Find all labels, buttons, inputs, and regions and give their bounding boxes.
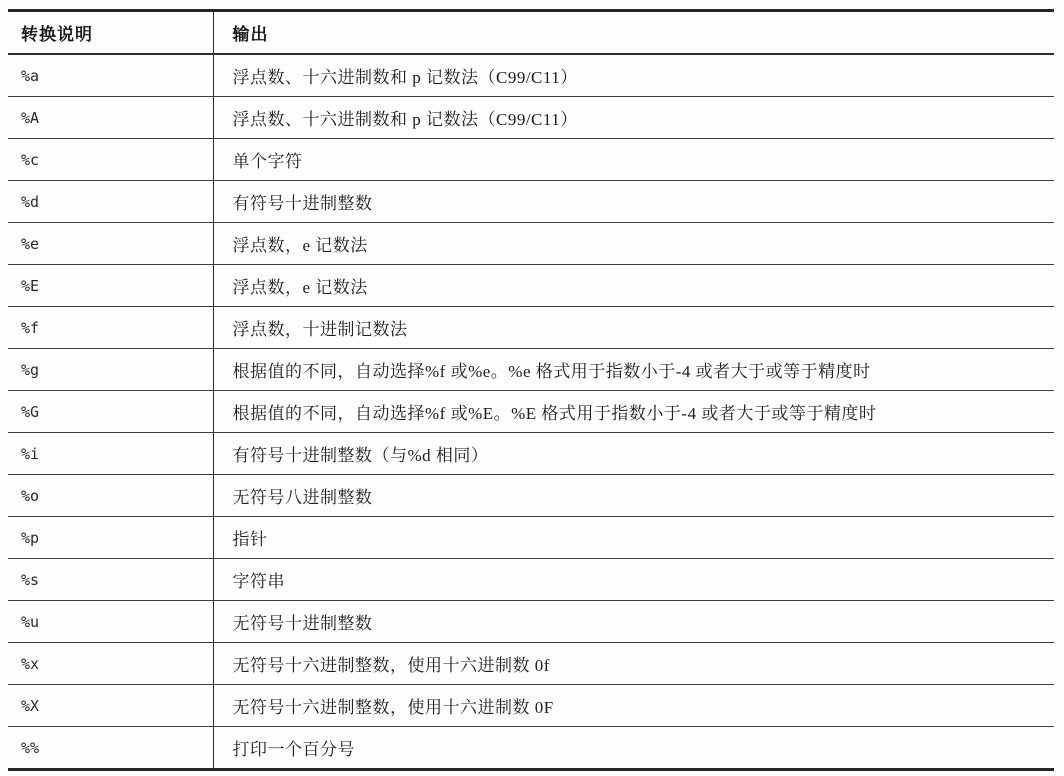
output-description: 根据值的不同，自动选择%f 或%e。%e 格式用于指数小于-4 或者大于或等于精… <box>213 349 1054 391</box>
table-row: %G 根据值的不同，自动选择%f 或%E。%E 格式用于指数小于-4 或者大于或… <box>8 391 1054 433</box>
output-description: 打印一个百分号 <box>213 727 1054 770</box>
output-description: 无符号十进制整数 <box>213 601 1054 643</box>
output-description: 浮点数，e 记数法 <box>213 265 1054 307</box>
table-row: %c 单个字符 <box>8 139 1054 181</box>
table-row: %x 无符号十六进制整数，使用十六进制数 0f <box>8 643 1054 685</box>
output-description: 单个字符 <box>213 139 1054 181</box>
table-row: %X 无符号十六进制整数，使用十六进制数 0F <box>8 685 1054 727</box>
book-page: 转换说明 输出 %a 浮点数、十六进制数和 p 记数法（C99/C11） %A … <box>0 0 1064 776</box>
output-description: 浮点数，十进制记数法 <box>213 307 1054 349</box>
output-description: 浮点数，e 记数法 <box>213 223 1054 265</box>
output-description: 浮点数、十六进制数和 p 记数法（C99/C11） <box>213 54 1054 97</box>
conversion-spec-value: %p <box>8 517 213 559</box>
table-row: %i 有符号十进制整数（与%d 相同） <box>8 433 1054 475</box>
output-description: 无符号八进制整数 <box>213 475 1054 517</box>
conversion-spec-value: %a <box>8 54 213 97</box>
table-row: %s 字符串 <box>8 559 1054 601</box>
table-row: %% 打印一个百分号 <box>8 727 1054 770</box>
output-description: 有符号十进制整数 <box>213 181 1054 223</box>
conversion-spec-value: %% <box>8 727 213 770</box>
conversion-spec-value: %A <box>8 97 213 139</box>
conversion-spec-value: %d <box>8 181 213 223</box>
table-row: %o 无符号八进制整数 <box>8 475 1054 517</box>
output-description: 浮点数、十六进制数和 p 记数法（C99/C11） <box>213 97 1054 139</box>
output-description: 指针 <box>213 517 1054 559</box>
column-header-conversion-spec: 转换说明 <box>8 11 213 55</box>
table-row: %e 浮点数，e 记数法 <box>8 223 1054 265</box>
conversion-spec-value: %X <box>8 685 213 727</box>
table-row: %g 根据值的不同，自动选择%f 或%e。%e 格式用于指数小于-4 或者大于或… <box>8 349 1054 391</box>
output-description: 无符号十六进制整数，使用十六进制数 0F <box>213 685 1054 727</box>
conversion-spec-value: %s <box>8 559 213 601</box>
conversion-spec-value: %G <box>8 391 213 433</box>
conversion-spec-value: %i <box>8 433 213 475</box>
table-row: %p 指针 <box>8 517 1054 559</box>
output-description: 字符串 <box>213 559 1054 601</box>
printf-conversion-table: 转换说明 输出 %a 浮点数、十六进制数和 p 记数法（C99/C11） %A … <box>8 9 1054 771</box>
table-row: %A 浮点数、十六进制数和 p 记数法（C99/C11） <box>8 97 1054 139</box>
table-row: %E 浮点数，e 记数法 <box>8 265 1054 307</box>
conversion-spec-value: %f <box>8 307 213 349</box>
output-description: 根据值的不同，自动选择%f 或%E。%E 格式用于指数小于-4 或者大于或等于精… <box>213 391 1054 433</box>
conversion-spec-value: %c <box>8 139 213 181</box>
output-description: 无符号十六进制整数，使用十六进制数 0f <box>213 643 1054 685</box>
conversion-spec-value: %u <box>8 601 213 643</box>
table-row: %u 无符号十进制整数 <box>8 601 1054 643</box>
table-row: %f 浮点数，十进制记数法 <box>8 307 1054 349</box>
conversion-spec-value: %o <box>8 475 213 517</box>
output-description: 有符号十进制整数（与%d 相同） <box>213 433 1054 475</box>
conversion-spec-value: %e <box>8 223 213 265</box>
table-row: %a 浮点数、十六进制数和 p 记数法（C99/C11） <box>8 54 1054 97</box>
table-row: %d 有符号十进制整数 <box>8 181 1054 223</box>
conversion-spec-value: %g <box>8 349 213 391</box>
conversion-spec-value: %x <box>8 643 213 685</box>
table-header-row: 转换说明 输出 <box>8 11 1054 55</box>
conversion-spec-value: %E <box>8 265 213 307</box>
column-header-output: 输出 <box>213 11 1054 55</box>
